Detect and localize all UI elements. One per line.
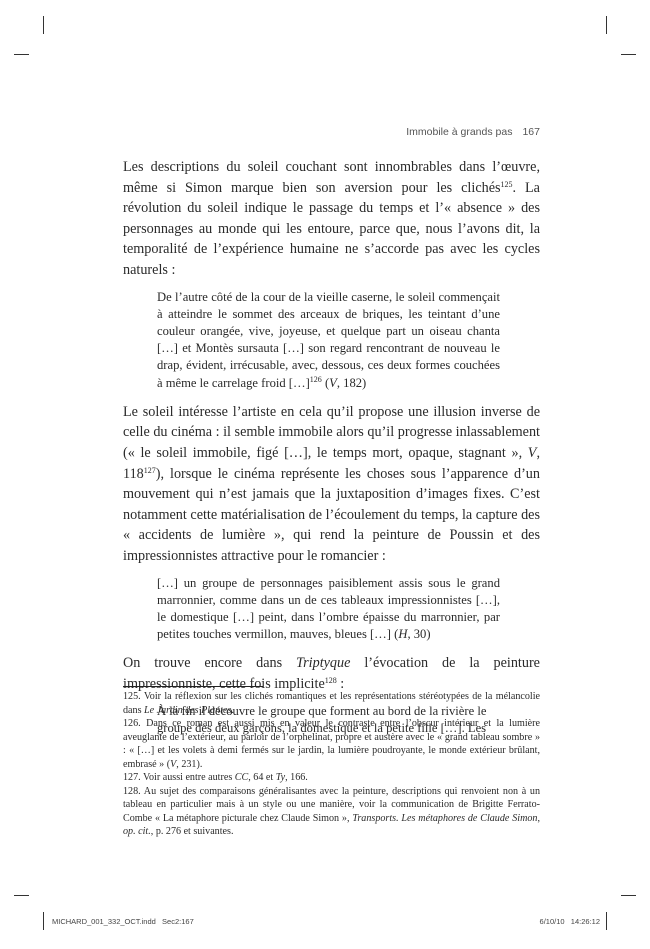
crop-mark [621, 895, 636, 896]
crop-mark [43, 912, 44, 930]
main-text: Les descriptions du soleil couchant sont… [123, 157, 540, 737]
footnote-ref[interactable]: 128 [325, 676, 337, 685]
slug-file: MICHARD_001_332_OCT.indd Sec2:167 [52, 917, 194, 926]
footnote-ref[interactable]: 126 [310, 375, 322, 384]
footnote-125: 125. Voir la réflexion sur les clichés r… [123, 690, 540, 717]
footnote-128: 128. Au sujet des comparaisons généralis… [123, 785, 540, 839]
running-title: Immobile à grands pas [406, 126, 512, 138]
crop-mark [606, 16, 607, 34]
crop-mark [14, 54, 29, 55]
page-number: 167 [522, 126, 540, 138]
paragraph-2: Le soleil intéresse l’artiste en cela qu… [123, 402, 540, 567]
block-quote-1: De l’autre côté de la cour de la vieille… [157, 289, 500, 392]
crop-mark [43, 16, 44, 34]
crop-mark [621, 54, 636, 55]
slug-timestamp: 6/10/10 14:26:12 [540, 917, 600, 926]
block-quote-2: […] un groupe de personnages paisiblemen… [157, 575, 500, 644]
footnotes: 125. Voir la réflexion sur les clichés r… [123, 690, 540, 839]
footnote-ref[interactable]: 125 [501, 180, 513, 189]
footnote-rule [123, 686, 263, 687]
running-header: Immobile à grands pas167 [123, 126, 540, 138]
crop-mark [14, 895, 29, 896]
footnote-ref[interactable]: 127 [144, 466, 156, 475]
crop-mark [606, 912, 607, 930]
paragraph-3: On trouve encore dans Triptyque l’évocat… [123, 653, 540, 694]
footnote-127: 127. Voir aussi entre autres CC, 64 et T… [123, 771, 540, 785]
paragraph-1: Les descriptions du soleil couchant sont… [123, 157, 540, 281]
footnote-126: 126. Dans ce roman est aussi mis en vale… [123, 717, 540, 771]
